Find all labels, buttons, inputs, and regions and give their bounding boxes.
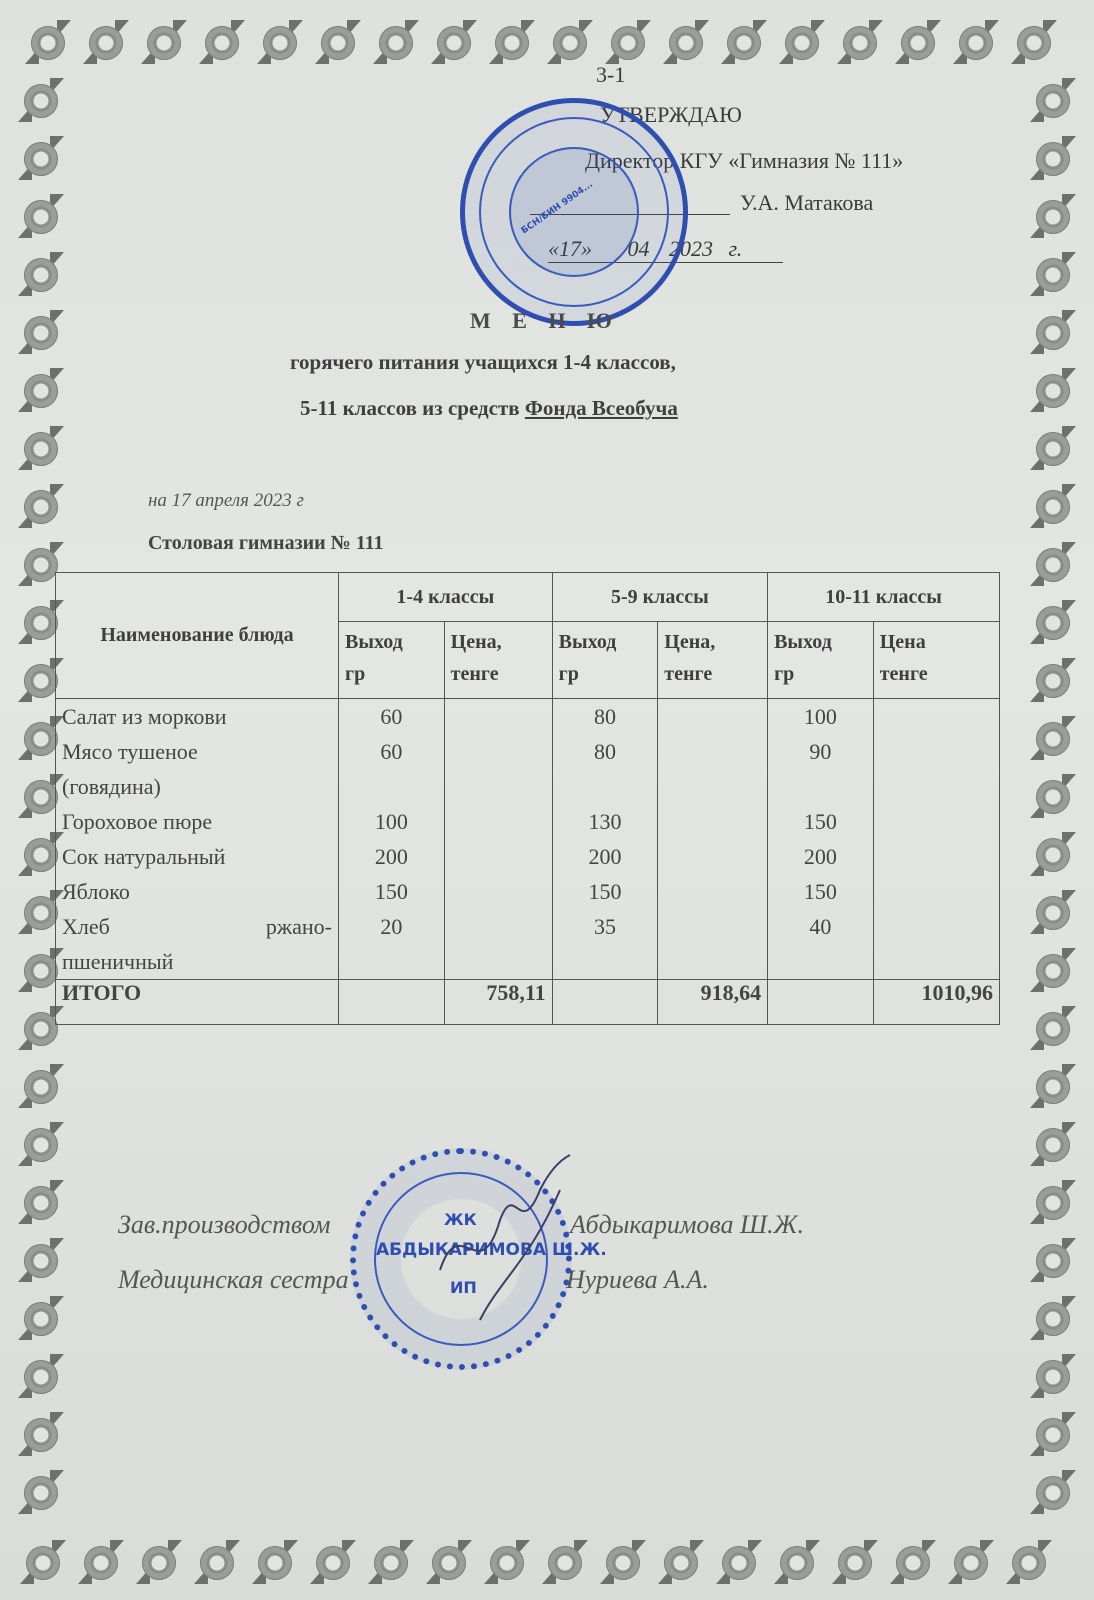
dish-name: Мясо тушеное(говядина) [56,734,339,804]
yield-cell [339,980,445,1025]
flower-ornament-icon [1006,1540,1052,1586]
dish-name: Салат из моркови [56,699,339,735]
official-seal-stamp: БСН/БИН 9904... [460,98,688,326]
flower-ornament-icon [716,1540,762,1586]
yield-cell: 60 [339,734,445,804]
price-cell [658,839,768,874]
handwritten-signature [420,1150,580,1330]
flower-ornament-icon [605,20,651,66]
subtitle-prefix: 5-11 классов из средств [300,396,525,420]
yield-cell: 130 [552,804,658,839]
price-cell [873,909,999,980]
flower-ornament-icon [484,1540,530,1586]
flower-ornament-icon [20,1540,66,1586]
group-header: 10-11 классы [768,573,1000,622]
date-suffix: г. [729,236,743,261]
flower-ornament-icon [18,310,64,356]
price-cell [873,699,999,735]
yield-cell: 200 [552,839,658,874]
flower-ornament-icon [252,1540,298,1586]
header-line: Цена, [451,626,546,658]
header-line: тенге [664,658,761,690]
signature-name: Абдыкаримова Ш.Ж. [570,1210,804,1240]
flower-ornament-icon [1030,78,1076,124]
yield-cell [768,980,874,1025]
flower-ornament-icon [18,1122,64,1168]
flower-ornament-icon [1030,310,1076,356]
yield-cell [552,980,658,1025]
flower-ornament-icon [895,20,941,66]
flower-ornament-icon [315,20,361,66]
group-header: 1-4 классы [339,573,553,622]
header-line: Выход [345,626,438,658]
signature-name: Нуриева А.А. [566,1265,709,1295]
dish-name-part: ржано- [266,909,332,944]
signature-role: Медицинская сестра [118,1265,349,1295]
yield-cell: 150 [768,804,874,839]
total-row: ИТОГО 758,11 918,64 1010,96 [56,980,1000,1025]
table-row: Сок натуральный200200200 [56,839,1000,874]
menu-date: на 17 апреля 2023 г [148,490,304,512]
price-cell [444,734,552,804]
price-cell [658,734,768,804]
flower-ornament-icon [18,484,64,530]
flower-ornament-icon [426,1540,472,1586]
price-cell [444,874,552,909]
flower-ornament-icon [1030,542,1076,588]
dish-name: Сок натуральный [56,839,339,874]
flower-ornament-icon [1030,1122,1076,1168]
table-row: Салат из моркови6080100 [56,699,1000,735]
dish-name-line: (говядина) [62,769,332,804]
yield-cell: 150 [768,874,874,909]
dish-name-header: Наименование блюда [56,573,339,699]
flower-ornament-icon [18,194,64,240]
document-page: 3-1 УТВЕРЖДАЮ Директор КГУ «Гимназия № 1… [0,0,1094,1600]
header-line: Выход [559,626,652,658]
dish-name-line: Мясо тушеное [62,734,332,769]
price-cell [873,734,999,804]
flower-ornament-icon [1030,426,1076,472]
price-cell [658,804,768,839]
flower-ornament-icon [199,20,245,66]
flower-ornament-icon [1030,948,1076,994]
flower-ornament-icon [136,1540,182,1586]
flower-ornament-icon [18,1296,64,1342]
flower-ornament-icon [18,1180,64,1226]
group-header: 5-9 классы [552,573,767,622]
flower-ornament-icon [83,20,129,66]
flower-ornament-icon [1030,1180,1076,1226]
signer-name: У.А. Матакова [740,190,873,216]
yield-cell: 200 [768,839,874,874]
flower-ornament-icon [18,136,64,182]
flower-ornament-icon [18,1412,64,1458]
price-header: Цена,тенге [444,622,552,699]
total-price: 1010,96 [873,980,999,1025]
flower-ornament-icon [1030,252,1076,298]
flower-ornament-icon [18,1064,64,1110]
signature-role: Зав.производством [118,1210,330,1240]
dish-name-line: пшеничный [62,944,332,979]
flower-ornament-icon [368,1540,414,1586]
flower-ornament-icon [1030,1296,1076,1342]
flower-ornament-icon [18,1470,64,1516]
flower-ornament-icon [1030,484,1076,530]
flower-ornament-icon [1030,1354,1076,1400]
menu-title: М Е Н Ю [470,308,620,334]
dish-name: Хлебржано-пшеничный [56,909,339,980]
flower-ornament-icon [373,20,419,66]
price-cell [658,909,768,980]
header-line: Цена, [664,626,761,658]
flower-ornament-icon [1030,194,1076,240]
flower-ornament-icon [25,20,71,66]
flower-ornament-icon [1030,1238,1076,1284]
price-cell [444,804,552,839]
flower-ornament-icon [1030,136,1076,182]
flower-ornament-icon [1030,1064,1076,1110]
header-line: Выход [774,626,867,658]
flower-ornament-icon [542,1540,588,1586]
price-cell [873,839,999,874]
header-line: Цена [880,626,993,658]
seal-emblem [509,147,639,277]
yield-cell: 40 [768,909,874,980]
yield-cell: 80 [552,699,658,735]
flower-ornament-icon [779,20,825,66]
flower-ornament-icon [774,1540,820,1586]
flower-ornament-icon [18,368,64,414]
yield-header: Выходгр [339,622,445,699]
menu-subtitle-line1: горячего питания учащихся 1-4 классов, [290,350,676,375]
table-row: Мясо тушеное(говядина)608090 [56,734,1000,804]
table-row: Гороховое пюре100130150 [56,804,1000,839]
flower-ornament-icon [1030,832,1076,878]
header-line: тенге [451,658,546,690]
flower-ornament-icon [837,20,883,66]
price-cell [444,839,552,874]
flower-ornament-icon [663,20,709,66]
flower-ornament-icon [1030,600,1076,646]
flower-ornament-icon [18,252,64,298]
table-row: Яблоко150150150 [56,874,1000,909]
price-cell [658,699,768,735]
yield-cell: 150 [552,874,658,909]
dish-name-line: Гороховое пюре [62,804,332,839]
yield-cell: 35 [552,909,658,980]
flower-ornament-icon [1030,774,1076,820]
flower-ornament-icon [1030,1412,1076,1458]
dish-name-line: Сок натуральный [62,839,332,874]
price-header: Ценатенге [873,622,999,699]
yield-cell: 200 [339,839,445,874]
flower-ornament-icon [547,20,593,66]
flower-ornament-icon [194,1540,240,1586]
price-cell [873,874,999,909]
flower-ornament-icon [1011,20,1057,66]
total-price: 758,11 [444,980,552,1025]
flower-ornament-icon [18,78,64,124]
yield-cell: 100 [768,699,874,735]
flower-ornament-icon [18,426,64,472]
flower-ornament-icon [832,1540,878,1586]
flower-ornament-icon [489,20,535,66]
yield-cell: 20 [339,909,445,980]
yield-cell: 80 [552,734,658,804]
flower-ornament-icon [1030,368,1076,414]
flower-ornament-icon [658,1540,704,1586]
header-line: тенге [880,658,993,690]
flower-ornament-icon [948,1540,994,1586]
flower-ornament-icon [890,1540,936,1586]
yield-header: Выходгр [768,622,874,699]
fund-name: Фонда Всеобуча [525,396,678,420]
header-line: гр [774,658,867,690]
flower-ornament-icon [721,20,767,66]
flower-ornament-icon [257,20,303,66]
flower-ornament-icon [1030,716,1076,762]
yield-cell: 90 [768,734,874,804]
flower-ornament-icon [1030,890,1076,936]
menu-table: Наименование блюда 1-4 классы 5-9 классы… [55,572,1000,1025]
flower-ornament-icon [1030,658,1076,704]
yield-cell: 100 [339,804,445,839]
flower-ornament-icon [431,20,477,66]
flower-ornament-icon [600,1540,646,1586]
price-cell [444,699,552,735]
price-cell [444,909,552,980]
total-label: ИТОГО [56,980,339,1025]
dish-name-part: Хлеб [62,909,110,944]
dish-name: Яблоко [56,874,339,909]
flower-ornament-icon [78,1540,124,1586]
price-header: Цена,тенге [658,622,768,699]
table-row: Хлебржано-пшеничный203540 [56,909,1000,980]
header-line: гр [559,658,652,690]
price-cell [658,874,768,909]
flower-ornament-icon [18,1238,64,1284]
dish-name-line: Яблоко [62,874,332,909]
flower-ornament-icon [1030,1470,1076,1516]
yield-cell: 60 [339,699,445,735]
dish-name: Гороховое пюре [56,804,339,839]
dish-name-line: Салат из моркови [62,699,332,734]
canteen-name: Столовая гимназии № 111 [148,532,384,555]
menu-subtitle-line2: 5-11 классов из средств Фонда Всеобуча [300,396,678,421]
flower-ornament-icon [953,20,999,66]
yield-cell: 150 [339,874,445,909]
header-line: гр [345,658,438,690]
flower-ornament-icon [310,1540,356,1586]
yield-header: Выходгр [552,622,658,699]
flower-ornament-icon [18,1354,64,1400]
flower-ornament-icon [1030,1006,1076,1052]
flower-ornament-icon [141,20,187,66]
price-cell [873,804,999,839]
page-code: 3-1 [596,62,625,88]
total-price: 918,64 [658,980,768,1025]
